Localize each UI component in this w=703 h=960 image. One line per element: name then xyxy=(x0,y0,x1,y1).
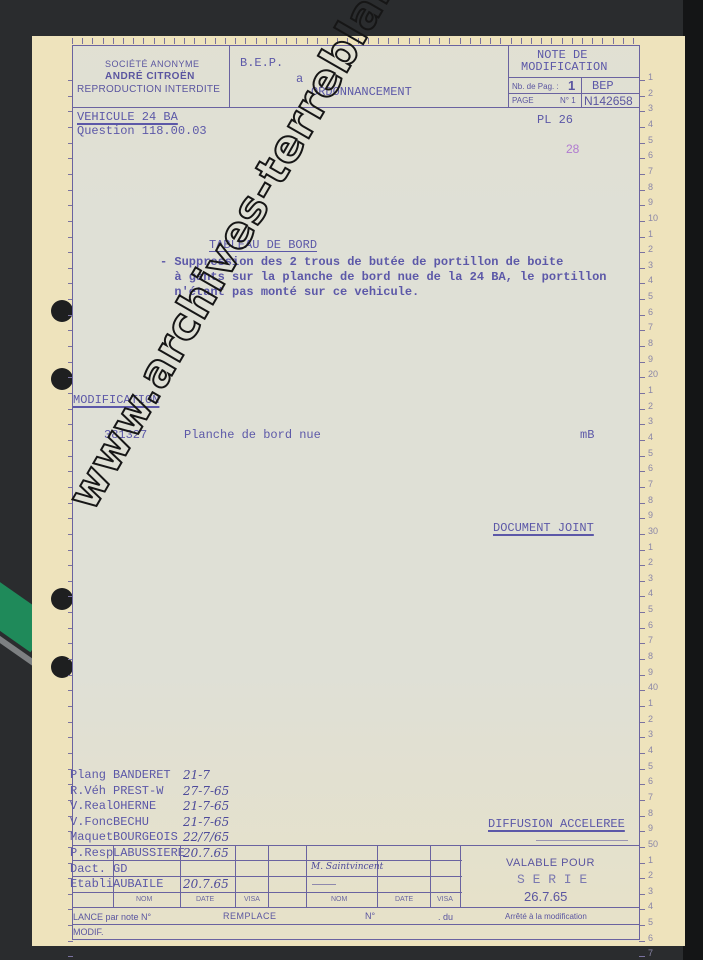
ruler-tick xyxy=(388,38,389,44)
ruler-tick xyxy=(521,38,522,44)
ruler-label: 6 xyxy=(648,933,653,943)
signoff-role: V.Fonc xyxy=(70,815,113,829)
ruler-label: 7 xyxy=(648,792,653,802)
ruler-label: 4 xyxy=(648,119,653,129)
ruler-label: 5 xyxy=(648,291,653,301)
ruler-label: 7 xyxy=(648,635,653,645)
ruler-label: 7 xyxy=(648,322,653,332)
vehicle-title: VEHICULE 24 BA xyxy=(77,110,178,124)
header-divider xyxy=(229,45,230,107)
ruler-label: 3 xyxy=(648,103,653,113)
modif-label: MODIF. xyxy=(73,927,104,937)
ruler-tick xyxy=(531,38,532,44)
ruler-label: 9 xyxy=(648,354,653,364)
ruler-tick xyxy=(562,38,563,44)
handwritten-dash xyxy=(312,884,336,885)
ruler-label: 6 xyxy=(648,776,653,786)
ruler-tick xyxy=(92,38,93,44)
ruler-tick xyxy=(480,38,481,44)
punch-hole xyxy=(51,368,73,390)
page-label: PAGE xyxy=(512,96,534,105)
signoff-date: 21-7-65 xyxy=(183,799,229,813)
ruler-label: 5 xyxy=(648,135,653,145)
ruler-label: 6 xyxy=(648,463,653,473)
stopped-at-label: Arrêté à la modification xyxy=(505,912,587,921)
ruler-tick xyxy=(572,38,573,44)
ruler-tick xyxy=(419,38,420,44)
signoff-name: BECHU xyxy=(113,815,149,829)
ruler-label: 5 xyxy=(648,761,653,771)
signoff-role: Dact. xyxy=(70,862,106,876)
ruler-label: 50 xyxy=(648,839,658,849)
signoff-role: P.Resp xyxy=(70,846,113,860)
ruler-label: 9 xyxy=(648,667,653,677)
diffusion-note: DIFFUSION ACCELEREE xyxy=(488,817,625,831)
ruler-tick xyxy=(68,941,73,942)
ruler-label: 7 xyxy=(648,948,653,958)
signoff-role: Maquet xyxy=(70,830,113,844)
ruler-label: 2 xyxy=(648,557,653,567)
reproduction-notice: REPRODUCTION INTERDITE xyxy=(77,84,220,95)
signoff-name: OHERNE xyxy=(113,799,156,813)
signoff-name: PREST-W xyxy=(113,784,163,798)
doc-type: MODIFICATION xyxy=(521,60,607,74)
signoff-date: 27-7-65 xyxy=(183,784,229,798)
paper-tint xyxy=(72,45,639,941)
table-col xyxy=(235,845,236,907)
ruler-label: 40 xyxy=(648,682,658,692)
col-header-nom: NOM xyxy=(136,896,152,903)
table-col xyxy=(113,845,114,907)
table-bottom-rule xyxy=(72,907,639,908)
header-box-divider xyxy=(581,77,582,107)
signoff-name: BOURGEOIS xyxy=(113,830,178,844)
ruler-tick xyxy=(429,38,430,44)
page-count: 1 xyxy=(568,78,575,93)
ruler-label: 4 xyxy=(648,588,653,598)
dept-code: BEP xyxy=(592,79,614,93)
company-legal-form: SOCIÉTÉ ANONYME xyxy=(105,59,200,69)
ruler-label: 4 xyxy=(648,432,653,442)
ruler-label: 5 xyxy=(648,917,653,927)
col-header-visa: VISA xyxy=(437,896,453,903)
launched-by-note: LANCE par note N° xyxy=(73,912,151,922)
ruler-label: 6 xyxy=(648,307,653,317)
ruler-tick xyxy=(639,941,645,942)
ruler-tick xyxy=(174,38,175,44)
attached-document: DOCUMENT JOINT xyxy=(493,521,594,535)
table-col xyxy=(268,845,269,907)
ruler-tick xyxy=(582,38,583,44)
ruler-label: 2 xyxy=(648,401,653,411)
ruler-label: 2 xyxy=(648,244,653,254)
ruler-tick xyxy=(409,38,410,44)
header-divider xyxy=(508,45,509,107)
ruler-tick xyxy=(72,38,73,44)
signature-stroke xyxy=(536,840,628,841)
signoff-name: AUBAILE xyxy=(113,877,163,891)
ruler-label: 1 xyxy=(648,229,653,239)
date-label: . du xyxy=(438,912,453,922)
signoff-name: LABUSSIERE xyxy=(113,846,185,860)
ruler-label: 3 xyxy=(648,260,653,270)
ruler-label: 20 xyxy=(648,369,658,379)
stamp-mark: 28 xyxy=(566,142,579,156)
plan-ref: PL 26 xyxy=(537,113,573,127)
table-rule xyxy=(72,876,462,877)
ruler-tick xyxy=(103,38,104,44)
ruler-label: 8 xyxy=(648,808,653,818)
validity-date: 26.7.65 xyxy=(524,889,567,904)
signoff-date: 20.7.65 xyxy=(183,846,229,860)
ruler-label: 5 xyxy=(648,604,653,614)
ruler-label: 4 xyxy=(648,275,653,285)
table-rule xyxy=(72,892,462,893)
ruler-label: 2 xyxy=(648,714,653,724)
ruler-tick xyxy=(398,38,399,44)
ruler-label: 7 xyxy=(648,479,653,489)
ruler-tick xyxy=(592,38,593,44)
table-col xyxy=(430,845,431,907)
ruler-label: 9 xyxy=(648,510,653,520)
company-name: ANDRÉ CITROËN xyxy=(105,71,195,82)
ruler-tick xyxy=(113,38,114,44)
table-col xyxy=(180,845,181,907)
ruler-tick xyxy=(225,38,226,44)
header-bottom-rule xyxy=(72,107,639,108)
ruler-label: 30 xyxy=(648,526,658,536)
signoff-date: 21-7-65 xyxy=(183,815,229,829)
footer-bottom-rule xyxy=(72,939,639,940)
ruler-tick xyxy=(286,38,287,44)
ruler-tick xyxy=(623,38,624,44)
note-number: N142658 xyxy=(584,94,633,108)
col-header-date: DATE xyxy=(395,896,413,903)
from-department: B.E.P. xyxy=(240,56,283,70)
ruler-label: 8 xyxy=(648,182,653,192)
signoff-date: 22/7/65 xyxy=(183,830,229,844)
ruler-label: 3 xyxy=(648,729,653,739)
number-label: N° xyxy=(365,911,375,921)
signoff-date: 21-7 xyxy=(183,768,210,782)
ruler-tick xyxy=(551,38,552,44)
ruler-tick xyxy=(296,38,297,44)
handwritten-entry: M. Saintvincent xyxy=(311,862,383,872)
ruler-label: 4 xyxy=(648,745,653,755)
punch-hole xyxy=(51,300,73,322)
ruler-tick xyxy=(123,38,124,44)
col-header-date: DATE xyxy=(196,896,214,903)
ruler-label: 6 xyxy=(648,620,653,630)
ruler-tick xyxy=(143,38,144,44)
ruler-tick xyxy=(490,38,491,44)
signoff-name: BANDERET xyxy=(113,768,171,782)
page-number: N° 1 xyxy=(560,96,576,105)
ruler-label: 4 xyxy=(648,901,653,911)
ruler-tick xyxy=(460,38,461,44)
table-top-rule xyxy=(72,845,639,846)
ruler-label: 8 xyxy=(648,495,653,505)
signoff-role: R.Véh xyxy=(70,784,106,798)
ruler-tick xyxy=(164,38,165,44)
question-ref: Question 118.00.03 xyxy=(77,124,207,138)
frame-right xyxy=(639,45,640,940)
ruler-tick xyxy=(68,956,73,957)
ruler-tick xyxy=(449,38,450,44)
ruler-label: 1 xyxy=(648,385,653,395)
ruler-tick xyxy=(205,38,206,44)
table-col xyxy=(377,845,378,907)
page-count-label: Nb. de Pag. : xyxy=(512,82,559,91)
ruler-tick xyxy=(541,38,542,44)
ruler-tick xyxy=(194,38,195,44)
validity-scope: S E R I E xyxy=(517,872,587,887)
ruler-tick xyxy=(639,956,645,957)
table-col xyxy=(460,845,461,907)
ruler-tick xyxy=(307,38,308,44)
ruler-label: 7 xyxy=(648,166,653,176)
ruler-label: 3 xyxy=(648,886,653,896)
ruler-tick xyxy=(256,38,257,44)
ruler-label: 3 xyxy=(648,416,653,426)
ruler-tick xyxy=(276,38,277,44)
ruler-tick xyxy=(154,38,155,44)
ruler-label: 2 xyxy=(648,870,653,880)
ruler-tick xyxy=(511,38,512,44)
ruler-label: 5 xyxy=(648,448,653,458)
signoff-role: V.Real xyxy=(70,799,113,813)
ruler-label: 2 xyxy=(648,88,653,98)
ruler-tick xyxy=(235,38,236,44)
ruler-tick xyxy=(266,38,267,44)
col-header-visa: VISA xyxy=(244,896,260,903)
footer-rule xyxy=(72,924,639,925)
validity-label: VALABLE POUR xyxy=(506,857,595,869)
ruler-label: 1 xyxy=(648,72,653,82)
ruler-label: 1 xyxy=(648,698,653,708)
ruler-label: 6 xyxy=(648,150,653,160)
ruler-tick xyxy=(439,38,440,44)
ruler-tick xyxy=(245,38,246,44)
ruler-tick xyxy=(500,38,501,44)
ruler-label: 1 xyxy=(648,855,653,865)
part-name: Planche de bord nue xyxy=(184,428,321,442)
ruler-label: 10 xyxy=(648,213,658,223)
ruler-label: 9 xyxy=(648,197,653,207)
signoff-date: 20.7.65 xyxy=(183,877,229,891)
signoff-role: Plang xyxy=(70,768,106,782)
ruler-label: 9 xyxy=(648,823,653,833)
ruler-label: 3 xyxy=(648,573,653,583)
ruler-label: 8 xyxy=(648,651,653,661)
signoff-role: Etabli xyxy=(70,877,113,891)
ruler-tick xyxy=(133,38,134,44)
ruler-tick xyxy=(184,38,185,44)
background-edge xyxy=(683,0,703,960)
table-rule xyxy=(72,860,462,861)
ruler-label: 1 xyxy=(648,542,653,552)
signoff-name: GD xyxy=(113,862,127,876)
col-header-nom: NOM xyxy=(331,896,347,903)
table-col xyxy=(306,845,307,907)
ruler-tick xyxy=(633,38,634,44)
replaces-label: REMPLACE xyxy=(223,911,277,921)
part-code: mB xyxy=(580,428,594,442)
ruler-tick xyxy=(82,38,83,44)
ruler-tick xyxy=(613,38,614,44)
ruler-tick xyxy=(602,38,603,44)
ruler-label: 8 xyxy=(648,338,653,348)
ruler-tick xyxy=(215,38,216,44)
punch-hole xyxy=(51,588,73,610)
ruler-tick xyxy=(470,38,471,44)
